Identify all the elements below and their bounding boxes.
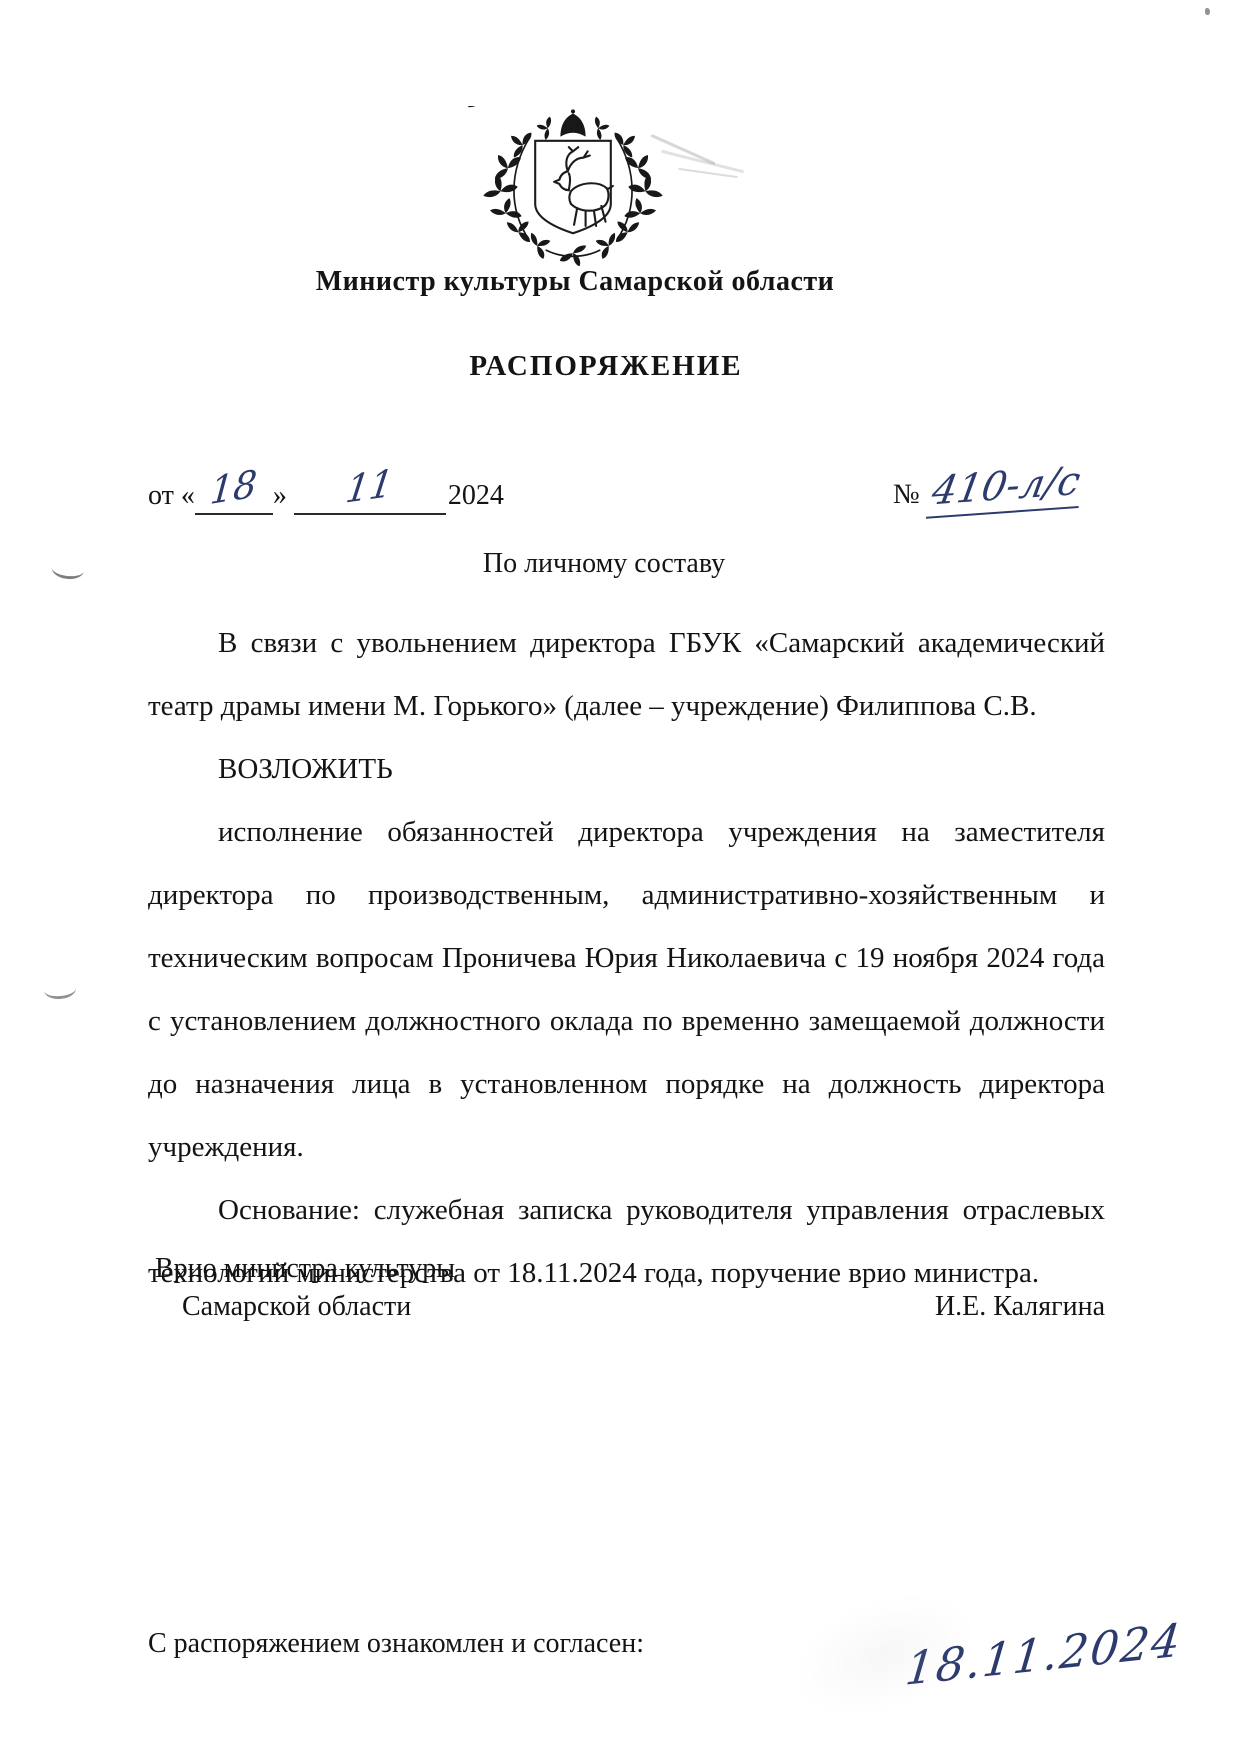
handwritten-number: 410-л/с (926, 458, 1088, 518)
scan-ghost-mark (777, 1571, 993, 1739)
body-text: В связи с увольнением директора ГБУК «Са… (148, 612, 1105, 1305)
document-page: Министр культуры Самарской области РАСПО… (0, 0, 1242, 1755)
signature-position-line1: Врио министра культуры (155, 1250, 1105, 1288)
body-paragraph: В связи с увольнением директора ГБУК «Са… (148, 612, 1105, 738)
date-year: 2024 (446, 480, 504, 511)
handwritten-day: 18 (209, 462, 259, 514)
number-sign: № (893, 479, 920, 510)
signature-position-line2: Самарской области (155, 1288, 411, 1326)
signature-block: Врио министра культуры Самарской области… (155, 1250, 1105, 1326)
date-day-slot: 18 (195, 470, 273, 515)
document-type-title: РАСПОРЯЖЕНИЕ (0, 350, 1212, 383)
handwritten-month: 11 (343, 461, 396, 512)
scan-speck (1205, 8, 1210, 15)
samara-coat-of-arms-icon (468, 106, 678, 266)
date-line: от «18» 112024 (148, 470, 504, 515)
date-month-slot: 11 (294, 470, 446, 515)
date-prefix: от « (148, 480, 195, 511)
number-line: №410-л/с (893, 468, 1083, 517)
organization-title: Министр культуры Самарской области (0, 266, 1150, 298)
acknowledgement-label: С распоряжением ознакомлен и согласен: (148, 1628, 644, 1660)
scan-artifact-mark (43, 979, 77, 1001)
body-paragraph: ВОЗЛОЖИТЬ (148, 738, 1105, 801)
signature-name: И.Е. Калягина (935, 1288, 1105, 1326)
date-close-quote: » (273, 480, 287, 511)
body-paragraph: исполнение обязанностей директора учрежд… (148, 801, 1105, 1179)
subject-line: По личному составу (0, 548, 1208, 580)
